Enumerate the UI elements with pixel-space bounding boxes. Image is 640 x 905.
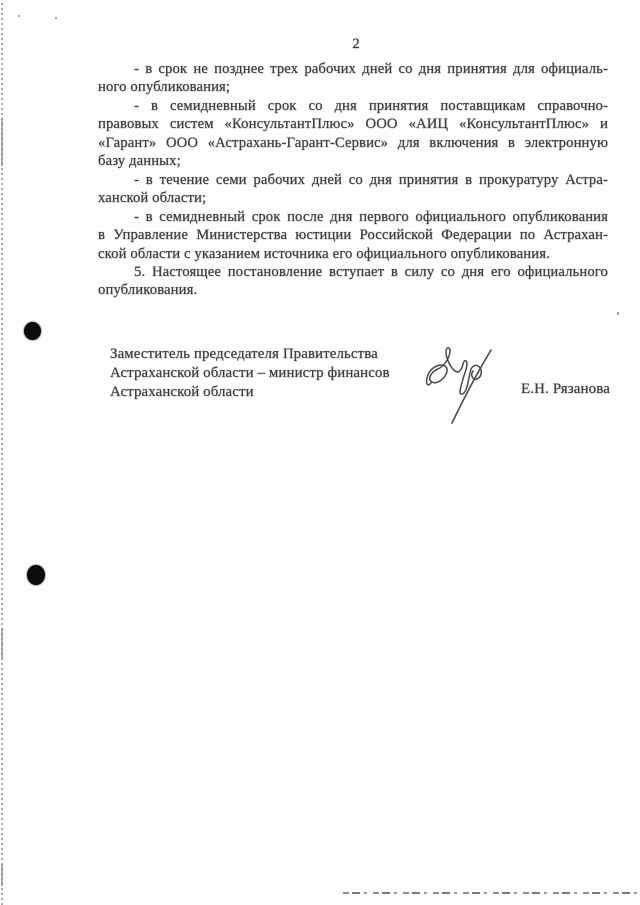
handwritten-signature [421, 341, 516, 436]
scanned-document-page: 2 - в срок не позднее трех рабочих дней … [0, 0, 640, 905]
signatory-title-line: Астраханской области [110, 383, 410, 402]
left-edge-scan-segment [1, 628, 3, 658]
punch-hole-top [24, 322, 41, 340]
punch-hole-bottom [27, 565, 45, 585]
left-edge-scan-segment [1, 118, 3, 166]
text-line: - в срок не позднее трех рабочих дней со… [98, 60, 608, 78]
noise-speck [617, 312, 619, 315]
text-line: - в течение семи рабочих дней со дня при… [98, 171, 608, 189]
text-line: «Гарант» ООО «Астрахань-Гарант-Сервис» д… [98, 134, 608, 152]
signatory-title-line: Астраханской области – министр финансов [110, 364, 410, 383]
left-edge-scan-segment [1, 864, 3, 886]
text-line: 5. Настоящее постановление вступает в си… [98, 263, 608, 281]
signer-name: Е.Н. Рязанова [521, 380, 610, 399]
noise-speck [55, 17, 57, 19]
document-body: - в срок не позднее трех рабочих дней со… [98, 60, 608, 300]
text-line: опубликования. [98, 281, 608, 299]
page-number: 2 [348, 36, 364, 53]
text-line: базу данных; [98, 152, 608, 170]
text-line: правовых систем «КонсультантПлюс» ООО «А… [98, 115, 608, 133]
text-line: ного опубликования; [98, 78, 608, 96]
noise-speck [18, 15, 20, 17]
bottom-scan-line [343, 892, 640, 894]
signatory-title-line: Заместитель председателя Правительства [110, 345, 410, 364]
text-line: ской области с указанием источника его о… [98, 245, 608, 263]
text-line: - в семидневный срок после дня первого о… [98, 208, 608, 226]
text-line: ханской области; [98, 189, 608, 207]
signatory-title: Заместитель председателя Правительства А… [110, 345, 410, 401]
text-line: - в семидневный срок со дня принятия пос… [98, 97, 608, 115]
text-line: в Управление Министерства юстиции Россий… [98, 226, 608, 244]
